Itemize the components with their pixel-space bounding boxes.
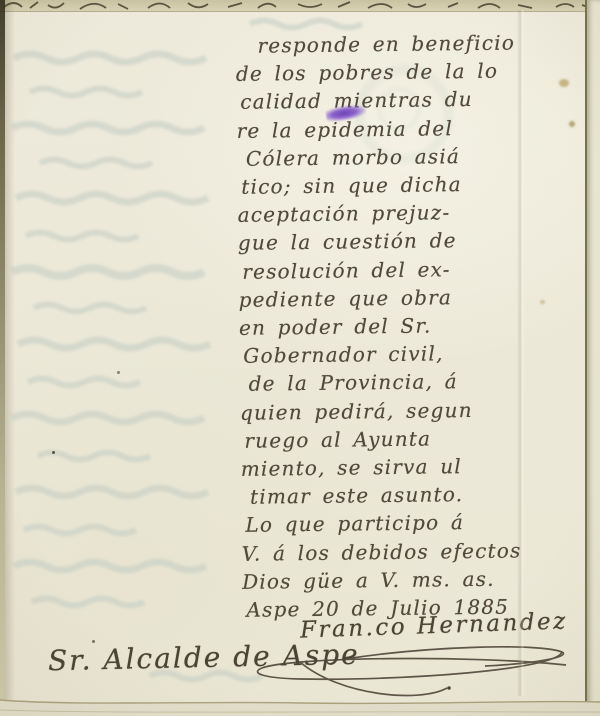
vertical-fold-crease <box>517 10 525 696</box>
manuscript-page: responde en beneficio de los pobres de l… <box>0 0 600 716</box>
page-right-edge <box>585 0 600 716</box>
page-bottom-edge <box>0 688 600 716</box>
paper-stain <box>559 79 569 87</box>
closing-address: Sr. Alcalde de Aspe <box>48 638 360 678</box>
paper-stain <box>569 121 575 127</box>
cutoff-writing-fragments <box>0 0 600 11</box>
signature-rubric-flourish <box>0 0 600 716</box>
previous-page-edge-strip <box>0 0 600 12</box>
ink-speck <box>92 640 95 643</box>
ink-speck <box>117 371 120 374</box>
ink-speck <box>52 451 55 454</box>
page-left-edge-shadow <box>5 0 15 716</box>
paper-stain <box>540 300 545 304</box>
